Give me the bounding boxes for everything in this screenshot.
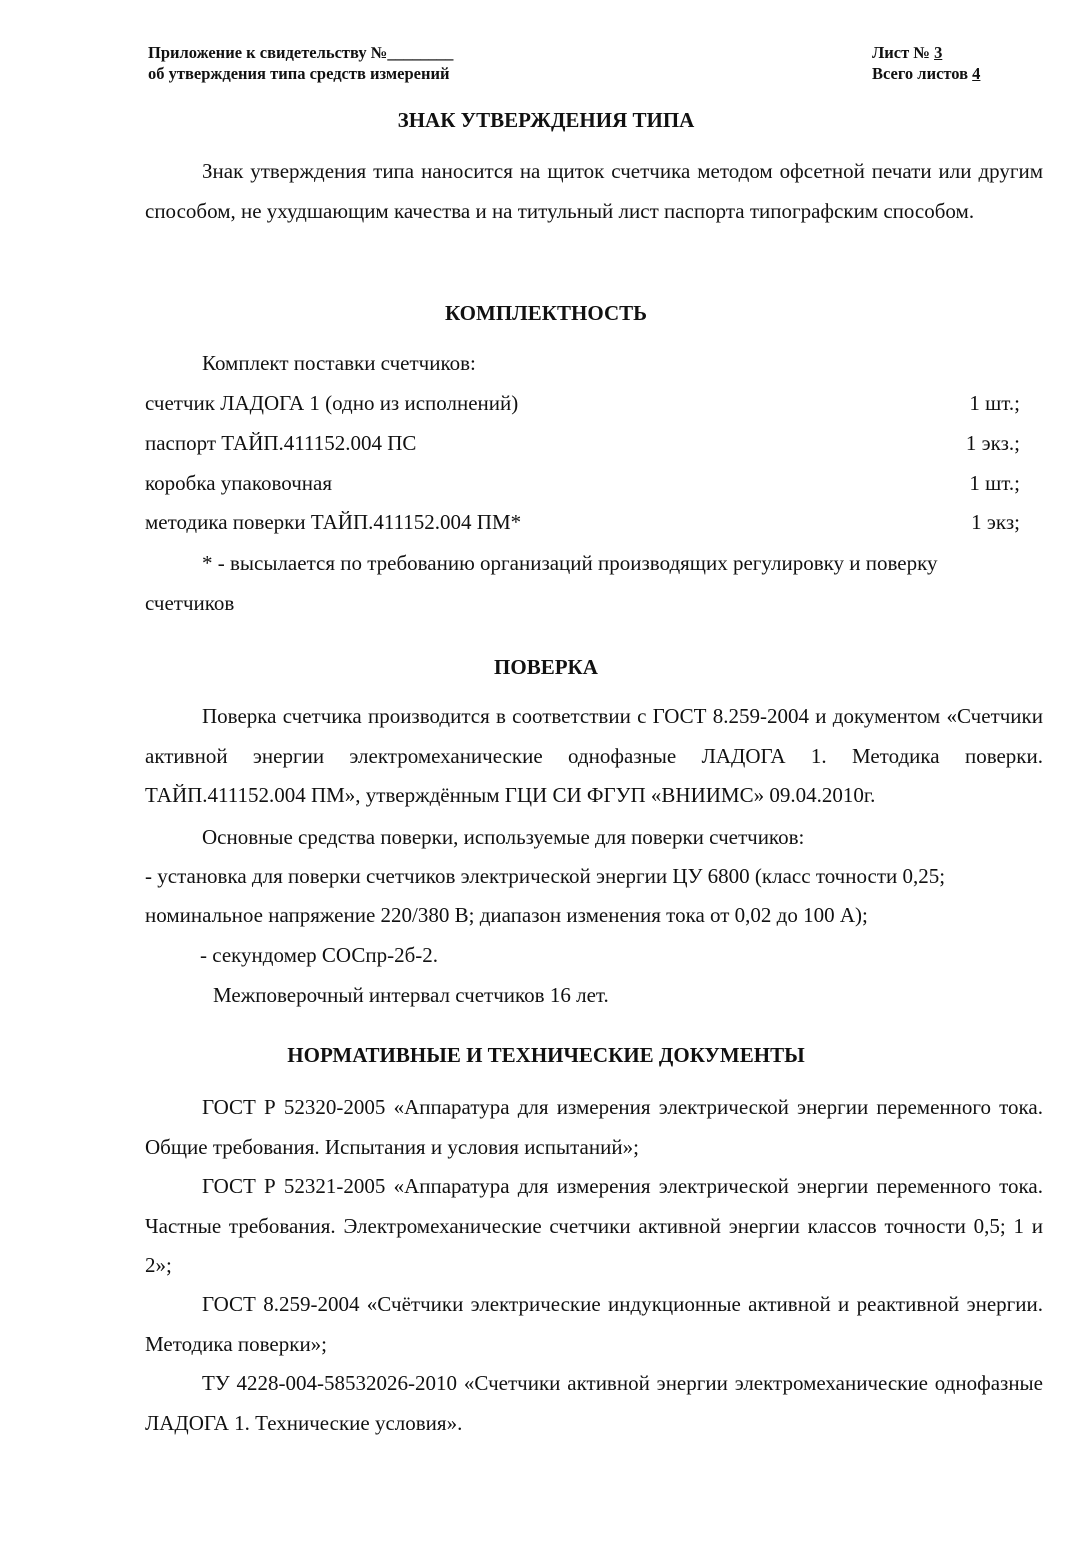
list-item: счетчик ЛАДОГА 1 (одно из исполнений)1 ш… [145,391,1020,416]
normative-doc: ТУ 4228-004-58532026-2010 «Счетчики акти… [145,1364,1043,1443]
list-item: паспорт ТАЙП.411152.004 ПС1 экз.; [145,431,1020,456]
verification-means-1-line-2: номинальное напряжение 220/380 В; диапаз… [145,903,868,928]
verification-means-intro: Основные средства поверки, используемые … [202,825,804,850]
section-title-verification: ПОВЕРКА [0,655,1092,680]
completeness-intro: Комплект поставки счетчиков: [202,351,476,376]
verification-means-1-line-1: - установка для поверки счетчиков электр… [145,864,945,889]
verification-interval: Межповерочный интервал счетчиков 16 лет. [213,983,609,1008]
list-item: коробка упаковочная1 шт.; [145,471,1020,496]
type-mark-text: Знак утверждения типа наносится на щиток… [145,152,1043,231]
certificate-line-1: Приложение к свидетельству №________ [148,42,453,63]
normative-doc: ГОСТ Р 52321-2005 «Аппаратура для измере… [145,1167,1043,1286]
verification-text: Поверка счетчика производится в соответс… [145,697,1043,816]
list-item: методика поверки ТАЙП.411152.004 ПМ*1 эк… [145,510,1020,535]
sheet-info: Лист № 3 Всего листов 4 [872,42,980,84]
certificate-line-2: об утверждения типа средств измерений [148,63,453,84]
section-title-normative: НОРМАТИВНЫЕ И ТЕХНИЧЕСКИЕ ДОКУМЕНТЫ [0,1043,1092,1068]
normative-doc: ГОСТ Р 52320-2005 «Аппаратура для измере… [145,1088,1043,1167]
section-title-type-mark: ЗНАК УТВЕРЖДЕНИЯ ТИПА [0,108,1092,133]
normative-doc: ГОСТ 8.259-2004 «Счётчики электрические … [145,1285,1043,1364]
total-sheets: Всего листов 4 [872,63,980,84]
completeness-footnote: * - высылается по требованию организаций… [145,544,1015,623]
certificate-header: Приложение к свидетельству №________ об … [148,42,453,84]
section-title-completeness: КОМПЛЕКТНОСТЬ [0,301,1092,326]
sheet-number: Лист № 3 [872,42,980,63]
verification-means-2: - секундомер СОСпр-2б-2. [200,943,438,968]
